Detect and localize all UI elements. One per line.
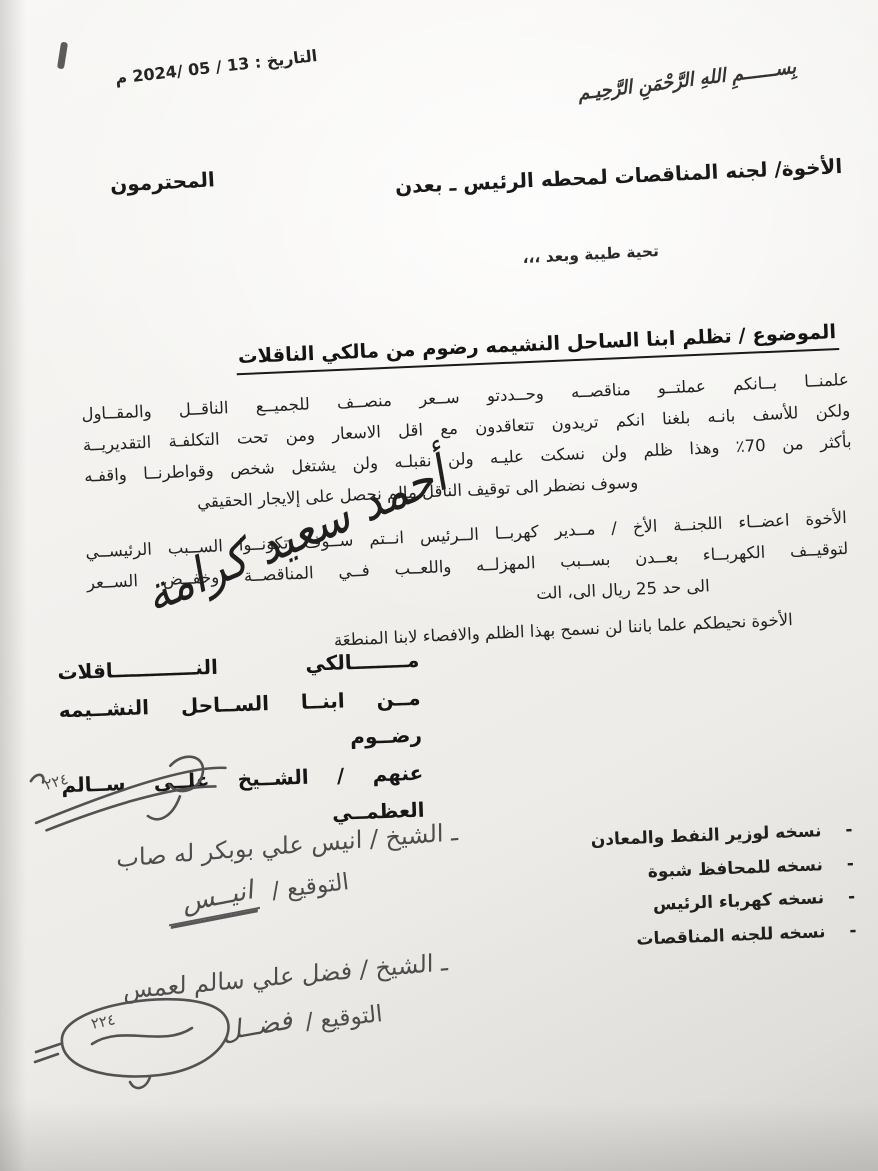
handwritten-signature-row-1: التوقيع / انيــس [54, 866, 351, 937]
list-dash: - [846, 847, 854, 881]
signature-scribble-oval-icon: ٢٢٤ [30, 982, 270, 1097]
signature-scribble-icon: ٢٢٤ [17, 738, 277, 859]
scribble-digits: ٢٢٤ [42, 770, 70, 794]
signature-label: التوقيع / [270, 869, 350, 904]
edge-ink-mark [57, 42, 68, 70]
honorific-label: المحترمون [109, 167, 215, 196]
addressee-line: الأخوة/ لجنه المناقصات لمحطه الرئيس ـ بع… [395, 154, 843, 198]
subject-line: الموضوع / تظلم ابنا الساحل النشيمه رضوم … [236, 320, 839, 375]
date-line: التاريخ : 13 / 05 /2024 م [78, 46, 319, 92]
scanned-letter-page: التاريخ : 13 / 05 /2024 م بِســــــمِ ال… [0, 0, 878, 1171]
signature-label: التوقيع / [304, 1001, 384, 1035]
list-dash: - [845, 814, 853, 848]
scribble-digits: ٢٢٤ [89, 1010, 116, 1033]
signature-flourish: انيــس [169, 873, 262, 926]
greeting-line: تحية طيبة وبعد ،،، [522, 242, 659, 267]
list-dash: - [848, 881, 856, 915]
copy-item-label: نسخه للجنه المناقصات [636, 916, 826, 957]
copies-list: - نسخه لوزير النفط والمعادن - نسخه للمحا… [590, 814, 857, 958]
list-dash: - [849, 914, 857, 948]
basmala-calligraphy: بِســــــمِ اللهِ الرَّحْمَنِ الرَّحِيـم [552, 53, 823, 108]
